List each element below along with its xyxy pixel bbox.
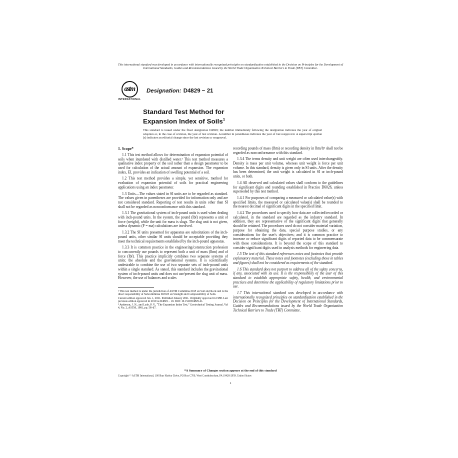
paragraph-1-3-1: 1.3.1 The gravitational system of inch-p… [118,211,228,228]
title-line-2: Expansion Index of Soils1 [143,115,343,124]
copyright-notice: Copyright © ASTM International, 100 Barr… [118,375,343,378]
designation-header: astm INTERNATIONAL Designation:D4829 − 2… [118,77,343,104]
document-title: Standard Test Method for Expansion Index… [143,108,343,125]
paragraph-1-3-4: 1.3.4 The terms density and unit weight … [233,157,343,179]
paragraph-1-6: 1.6 This standard does not purport to ad… [233,267,343,289]
page-text-block: This international standard was develope… [118,0,343,315]
title-footnote-marker: 1 [223,117,225,122]
title-line-1: Standard Test Method for [143,108,343,116]
paragraph-1-5: 1.5 The text of this standard references… [233,252,343,265]
paragraph-1-7: 1.7 This international standard was deve… [233,291,343,313]
paragraph-1-3: 1.3 Units—The values stated in SI units … [118,192,228,209]
top-disclaimer: This international standard was develope… [118,64,343,71]
summary-of-changes-note: *A Summary of Changes section appears at… [118,369,343,373]
paragraph-1-4: 1.4 All observed and calculated values s… [233,181,343,194]
issue-note: This standard is issued under the fixed … [143,129,322,140]
paragraph-1-1: 1.1 This test method allows for determin… [118,153,228,175]
paragraph-1-4-2: 1.4.2 The procedures used to specify how… [233,211,343,250]
paragraph-1-4-1: 1.4.1 For purposes of comparing a measur… [233,196,343,209]
astm-logo-text: astm [124,85,135,93]
page-footer: *A Summary of Changes section appears at… [118,369,343,385]
designation: Designation:D4829 − 21 [147,88,214,94]
page-canvas: This international standard was develope… [0,0,458,458]
document-page: This international standard was develope… [0,0,458,458]
paragraph-1-3-3: 1.3.3 It is common practice in the engin… [118,246,228,281]
footnote-separator [118,287,154,288]
astm-logo-caption: INTERNATIONAL [118,98,141,101]
designation-label: Designation: [147,88,182,94]
footnote-edition: Current edition approved Jan. 1, 2021. P… [118,297,228,303]
section-heading-scope: 1. Scope* [118,146,228,151]
astm-logo-emblem: astm [121,81,138,98]
footnote-reference: ² Anderson, J. N., and Lade, P. V., “The… [118,304,228,310]
footnote-jurisdiction: ¹ This test method is under the jurisdic… [118,290,228,296]
page-number: 1 [118,381,343,385]
right-column: recording pounds of mass (lbm) or record… [233,146,343,314]
left-column: 1. Scope* 1.1 This test method allows fo… [118,146,228,314]
footnote-block: ¹ This test method is under the jurisdic… [118,287,228,309]
designation-code: D4829 − 21 [183,88,213,94]
paragraph-1-2: 1.2 This test method provides a simple, … [118,177,228,190]
astm-logo-icon: astm INTERNATIONAL [118,81,141,101]
body-columns: 1. Scope* 1.1 This test method allows fo… [118,146,343,314]
paragraph-1-3-2: 1.3.2 The SI units presented for apparat… [118,231,228,244]
paragraph-1-3-3-continued: recording pounds of mass (lbm) or record… [233,146,343,155]
